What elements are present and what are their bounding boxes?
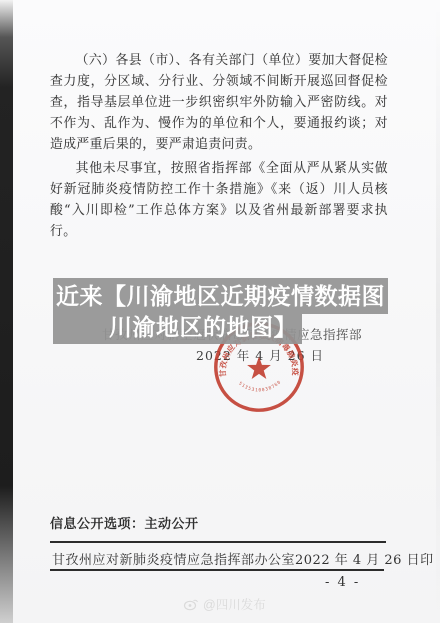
photo-right-edge-shadow xyxy=(436,0,440,623)
document-body: （六）各县（市）、各有关部门（单位）要加大督促检查力度，分区域、分行业、分领域不… xyxy=(50,50,388,245)
caption-line-1: 近来【川渝地区近期疫情数据图 xyxy=(53,278,388,314)
footer-top-rule xyxy=(50,541,386,543)
footer-bottom-rule xyxy=(50,569,384,571)
page-number: - 4 - xyxy=(325,575,360,590)
watermark-handle: @四川发布 xyxy=(203,595,266,613)
svg-text:5135310038760: 5135310038760 xyxy=(237,379,282,394)
watermark: @四川发布 xyxy=(183,595,266,613)
imprint-office: 甘孜州应对新肺炎疫情应急指挥部办公室 xyxy=(52,549,295,568)
photo-left-edge-shadow xyxy=(0,0,13,623)
paragraph-other: 其他未尽事宜，按照省指挥部《全面从严从紧从实做好新冠肺炎疫情防控工作十条措施》《… xyxy=(50,158,388,242)
disclosure-option: 信息公开选项：主动公开 xyxy=(50,513,199,532)
caption-overlay: 近来【川渝地区近期疫情数据图 川渝地区的地图】 xyxy=(53,278,388,344)
paragraph-six: （六）各县（市）、各有关部门（单位）要加大督促检查力度，分区域、分行业、分领域不… xyxy=(50,50,388,155)
seal-star-icon xyxy=(247,356,271,379)
weibo-logo-icon xyxy=(183,596,199,612)
caption-line-2: 川渝地区的地图】 xyxy=(53,314,302,344)
seal-number-text: 5135310038760 xyxy=(237,379,282,394)
document-photo: （六）各县（市）、各有关部门（单位）要加大督促检查力度，分区域、分行业、分领域不… xyxy=(0,0,440,623)
imprint-line: 甘孜州应对新肺炎疫情应急指挥部办公室 2022 年 4 月 26 日印 xyxy=(52,549,384,568)
imprint-date: 2022 年 4 月 26 日印 xyxy=(295,549,434,568)
